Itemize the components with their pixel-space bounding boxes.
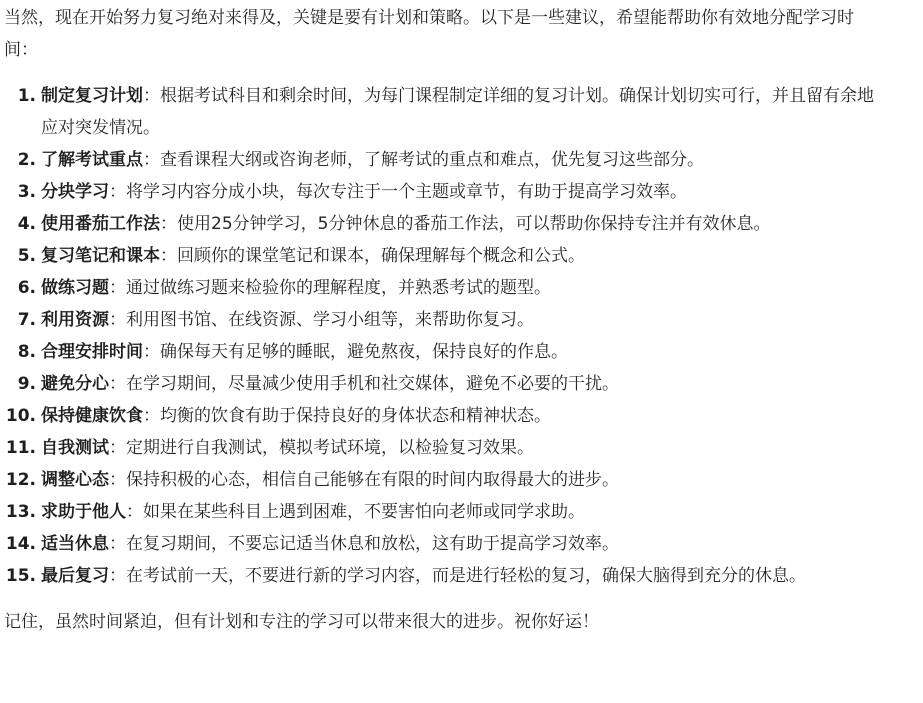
item-description: 通过做练习题来检验你的理解程度，并熟悉考试的题型。 [126,278,551,298]
item-term: 保持健康饮食 [41,406,143,426]
item-number: 4. [0,208,36,240]
list-item: 5.复习笔记和课本：回顾你的课堂笔记和课本，确保理解每个概念和公式。 [4,240,884,272]
item-separator: ： [143,342,160,362]
item-separator: ： [109,182,126,202]
item-number: 8. [0,336,36,368]
list-item: 10.保持健康饮食：均衡的饮食有助于保持良好的身体状态和精神状态。 [4,400,884,432]
item-description: 在复习期间，不要忘记适当休息和放松，这有助于提高学习效率。 [126,534,619,554]
item-description: 均衡的饮食有助于保持良好的身体状态和精神状态。 [160,406,551,426]
item-term: 做练习题 [41,278,109,298]
list-item: 6.做练习题：通过做练习题来检验你的理解程度，并熟悉考试的题型。 [4,272,884,304]
item-term: 求助于他人 [41,502,126,522]
item-separator: ： [109,566,126,586]
item-number: 12. [0,464,36,496]
item-term: 分块学习 [41,182,109,202]
item-number: 1. [0,80,36,112]
item-separator: ： [143,86,160,106]
item-separator: ： [126,502,143,522]
item-separator: ： [160,246,177,266]
intro-paragraph: 当然，现在开始努力复习绝对来得及，关键是要有计划和策略。以下是一些建议，希望能帮… [4,2,884,66]
list-item: 11.自我测试：定期进行自我测试，模拟考试环境，以检验复习效果。 [4,432,884,464]
list-item: 4.使用番茄工作法：使用25分钟学习，5分钟休息的番茄工作法，可以帮助你保持专注… [4,208,884,240]
item-separator: ： [109,374,126,394]
item-number: 5. [0,240,36,272]
closing-paragraph: 记住，虽然时间紧迫，但有计划和专注的学习可以带来很大的进步。祝你好运！ [4,606,884,638]
item-term: 最后复习 [41,566,109,586]
item-term: 避免分心 [41,374,109,394]
list-item: 9.避免分心：在学习期间，尽量减少使用手机和社交媒体，避免不必要的干扰。 [4,368,884,400]
item-number: 2. [0,144,36,176]
item-number: 7. [0,304,36,336]
item-term: 适当休息 [41,534,109,554]
item-term: 调整心态 [41,470,109,490]
item-number: 10. [0,400,36,432]
item-separator: ： [160,214,177,234]
item-separator: ： [143,150,160,170]
list-item: 14.适当休息：在复习期间，不要忘记适当休息和放松，这有助于提高学习效率。 [4,528,884,560]
list-item: 8.合理安排时间：确保每天有足够的睡眠，避免熬夜，保持良好的作息。 [4,336,884,368]
item-number: 13. [0,496,36,528]
item-description: 如果在某些科目上遇到困难，不要害怕向老师或同学求助。 [143,502,585,522]
item-term: 自我测试 [41,438,109,458]
item-description: 在考试前一天，不要进行新的学习内容，而是进行轻松的复习，确保大脑得到充分的休息。 [126,566,806,586]
list-item: 7.利用资源：利用图书馆、在线资源、学习小组等，来帮助你复习。 [4,304,884,336]
item-description: 保持积极的心态，相信自己能够在有限的时间内取得最大的进步。 [126,470,619,490]
item-separator: ： [109,278,126,298]
list-item: 3.分块学习：将学习内容分成小块，每次专注于一个主题或章节，有助于提高学习效率。 [4,176,884,208]
answer-document: 当然，现在开始努力复习绝对来得及，关键是要有计划和策略。以下是一些建议，希望能帮… [0,0,884,638]
item-term: 制定复习计划 [41,86,143,106]
item-number: 9. [0,368,36,400]
list-item: 13.求助于他人：如果在某些科目上遇到困难，不要害怕向老师或同学求助。 [4,496,884,528]
item-separator: ： [109,438,126,458]
item-number: 6. [0,272,36,304]
item-description: 回顾你的课堂笔记和课本，确保理解每个概念和公式。 [177,246,585,266]
item-term: 复习笔记和课本 [41,246,160,266]
item-term: 合理安排时间 [41,342,143,362]
item-separator: ： [109,534,126,554]
item-description: 根据考试科目和剩余时间，为每门课程制定详细的复习计划。确保计划切实可行，并且留有… [41,86,874,138]
item-number: 15. [0,560,36,592]
item-number: 3. [0,176,36,208]
item-number: 14. [0,528,36,560]
item-description: 查看课程大纲或咨询老师，了解考试的重点和难点，优先复习这些部分。 [160,150,704,170]
list-item: 12.调整心态：保持积极的心态，相信自己能够在有限的时间内取得最大的进步。 [4,464,884,496]
item-description: 在学习期间，尽量减少使用手机和社交媒体，避免不必要的干扰。 [126,374,619,394]
item-description: 使用25分钟学习，5分钟休息的番茄工作法，可以帮助你保持专注并有效休息。 [177,214,770,234]
list-item: 15.最后复习：在考试前一天，不要进行新的学习内容，而是进行轻松的复习，确保大脑… [4,560,884,592]
tips-list: 1.制定复习计划：根据考试科目和剩余时间，为每门课程制定详细的复习计划。确保计划… [4,80,884,592]
item-description: 将学习内容分成小块，每次专注于一个主题或章节，有助于提高学习效率。 [126,182,687,202]
item-number: 11. [0,432,36,464]
list-item: 1.制定复习计划：根据考试科目和剩余时间，为每门课程制定详细的复习计划。确保计划… [4,80,884,144]
item-description: 确保每天有足够的睡眠，避免熬夜，保持良好的作息。 [160,342,568,362]
item-separator: ： [109,470,126,490]
item-description: 定期进行自我测试，模拟考试环境，以检验复习效果。 [126,438,534,458]
item-separator: ： [143,406,160,426]
item-term: 使用番茄工作法 [41,214,160,234]
list-item: 2.了解考试重点：查看课程大纲或咨询老师，了解考试的重点和难点，优先复习这些部分… [4,144,884,176]
item-description: 利用图书馆、在线资源、学习小组等，来帮助你复习。 [126,310,534,330]
item-term: 利用资源 [41,310,109,330]
item-term: 了解考试重点 [41,150,143,170]
item-separator: ： [109,310,126,330]
